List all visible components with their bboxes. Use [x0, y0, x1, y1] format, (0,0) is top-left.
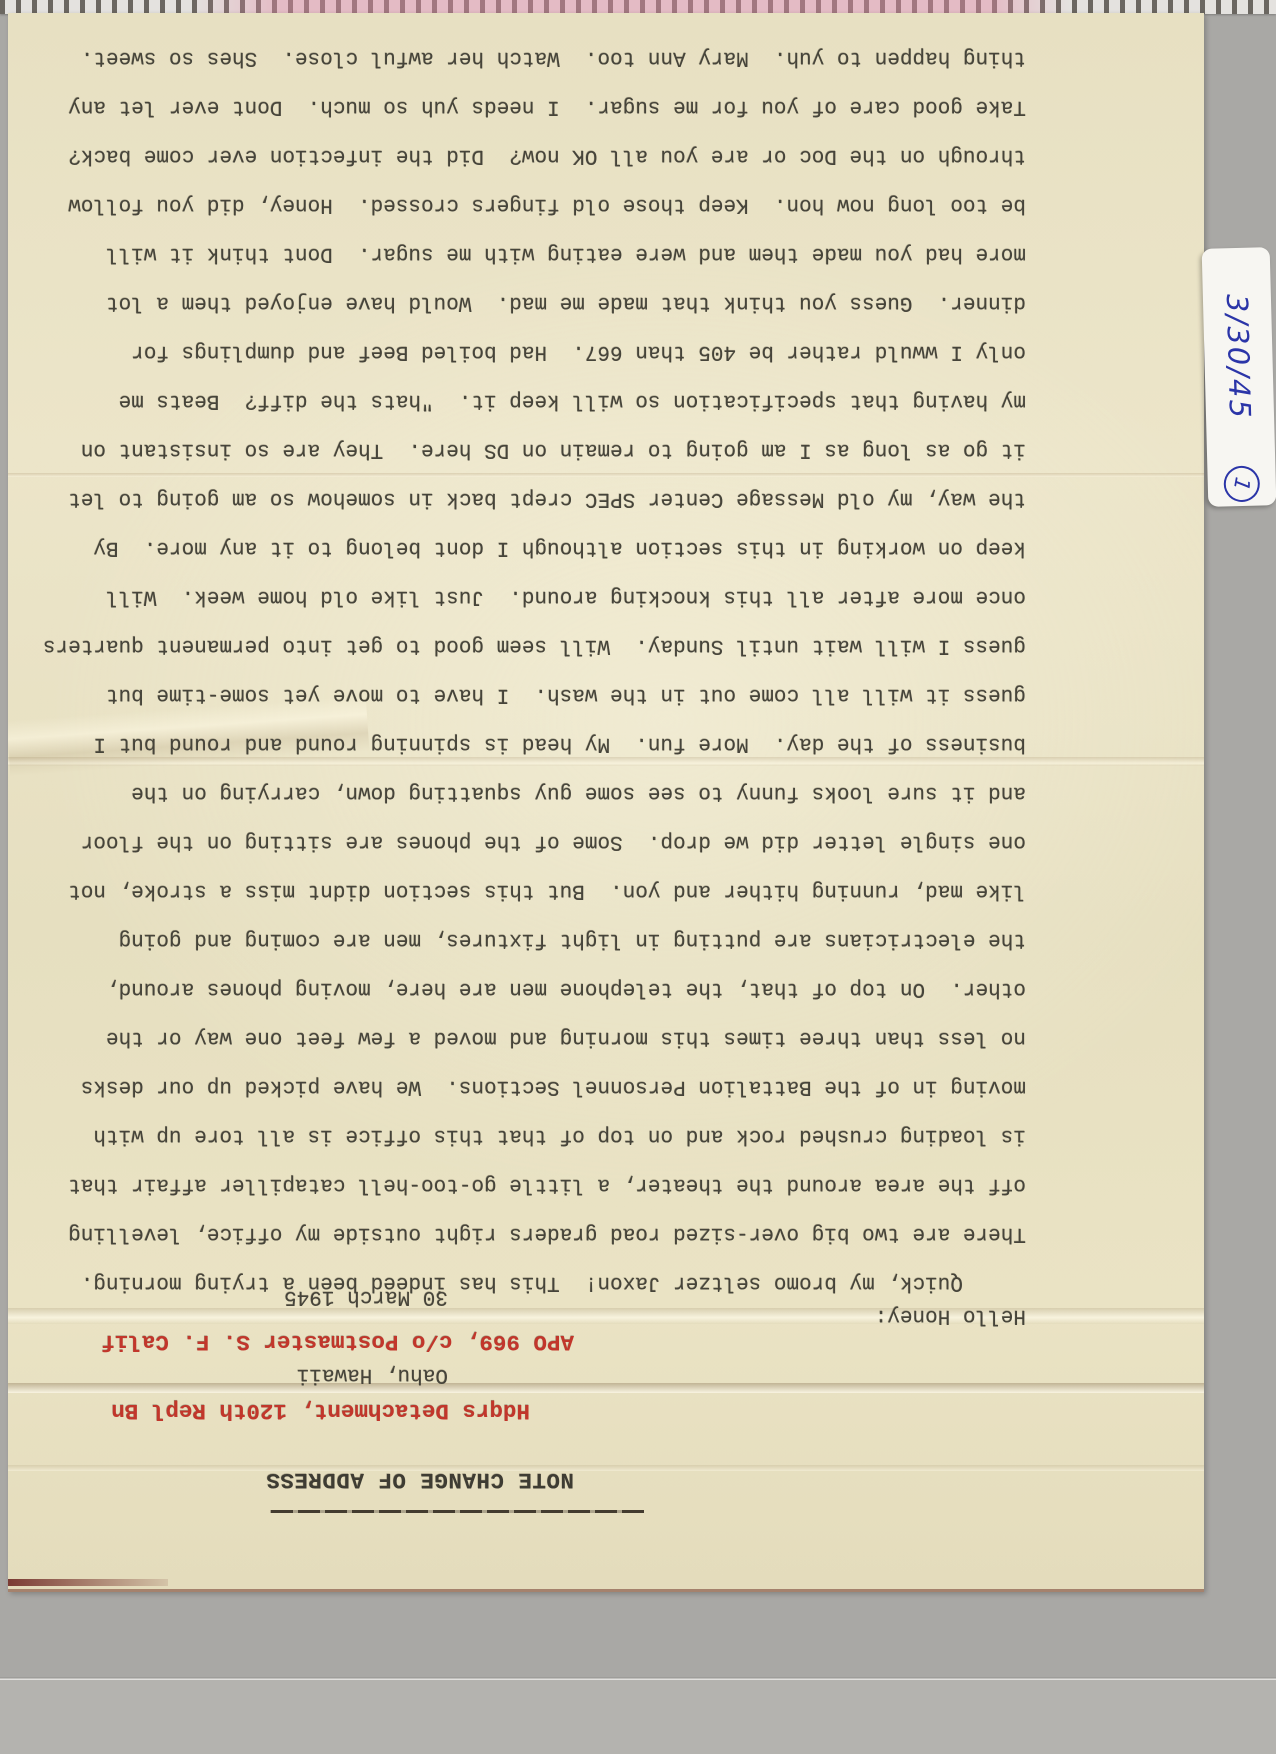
- address-note-heading: NOTE CHANGE OF ADDRESS: [101, 1468, 574, 1491]
- label-handwritten-date: 3/30/45: [1219, 252, 1257, 421]
- dateline-place: Oahu, Hawaii: [284, 1361, 448, 1387]
- letter-content-upside-down: NOTE CHANGE OF ADDRESS Hdqrs Detachment,…: [8, 13, 1204, 1589]
- salutation: Hello Honey:: [875, 1304, 1026, 1327]
- binder-comb-strip: [0, 0, 1276, 14]
- letter-body: Quick, my bromo seltzer Jaxon! This has …: [14, 33, 1026, 1307]
- label-page-number-circled: 1: [1221, 463, 1263, 505]
- scanned-letter-page: NOTE CHANGE OF ADDRESS Hdqrs Detachment,…: [0, 0, 1276, 1754]
- letter-paper: NOTE CHANGE OF ADDRESS Hdqrs Detachment,…: [8, 13, 1204, 1592]
- archive-label: 3/30/45 1: [1202, 247, 1276, 507]
- archive-label-rotated-content: 3/30/45 1: [1204, 251, 1275, 503]
- background-lower-band: [0, 1680, 1276, 1754]
